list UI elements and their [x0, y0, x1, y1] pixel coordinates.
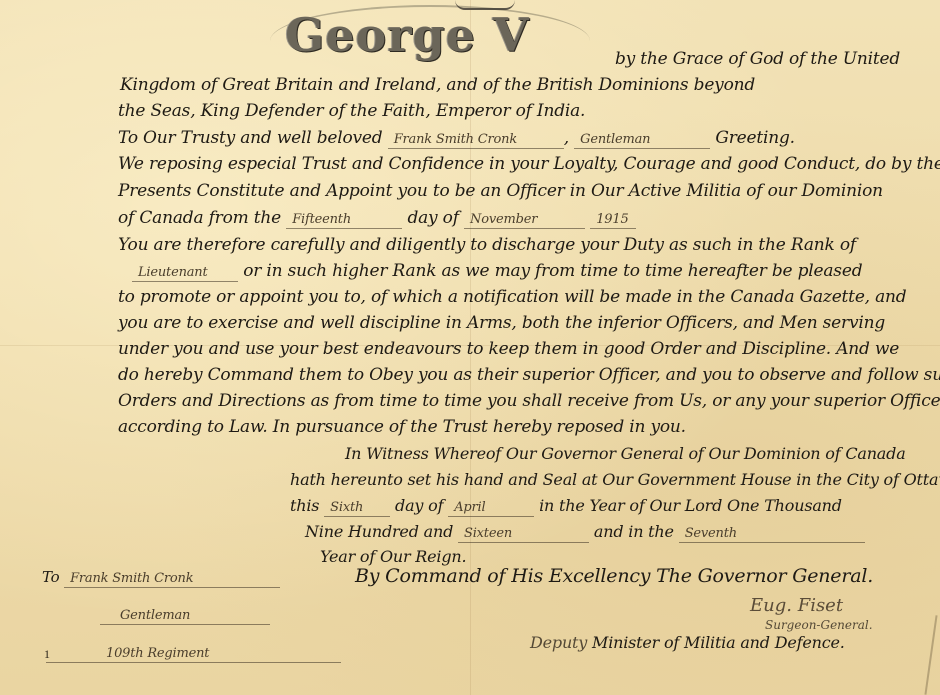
recipient-title: Gentleman — [574, 132, 710, 149]
greeting-prefix: To Our Trusty and well beloved — [118, 128, 382, 148]
addressee-name: Frank Smith Cronk — [64, 571, 280, 588]
greeting-line: To Our Trusty and well beloved Frank Smi… — [118, 127, 795, 149]
rank-value: Lieutenant — [132, 265, 238, 282]
text: day of — [407, 208, 458, 228]
recipient-name: Frank Smith Cronk — [388, 132, 564, 149]
text: this — [290, 496, 319, 515]
body-line: under you and use your best endeavours t… — [118, 338, 899, 360]
header-line: by the Grace of God of the United — [615, 48, 900, 70]
body-line: according to Law. In pursuance of the Tr… — [118, 416, 686, 438]
rank-line: Lieutenant or in such higher Rank as we … — [118, 260, 862, 282]
commission-document: George V by the Grace of God of the Unit… — [0, 0, 940, 695]
reign-year: Seventh — [679, 526, 865, 543]
signatory-role-hand: Deputy — [530, 633, 587, 652]
addressee-regiment-line: 109th Regiment — [46, 641, 341, 663]
witness-line: In Witness Whereof Our Governor General … — [345, 443, 906, 465]
body-line: you are to exercise and well discipline … — [118, 312, 885, 334]
witness-month: April — [448, 500, 534, 517]
signature: Eug. Fiset — [750, 595, 843, 616]
paper-edge-fold — [924, 615, 937, 694]
addressee-title: Gentleman — [100, 608, 270, 625]
text: day of — [395, 496, 443, 515]
appointment-month: November — [464, 212, 585, 229]
text: Nine Hundred and — [305, 522, 453, 541]
appointment-year: 1915 — [590, 212, 636, 229]
body-line: You are therefore carefully and diligent… — [118, 234, 856, 256]
body-line: do hereby Command them to Obey you as th… — [118, 364, 940, 386]
command-line: By Command of His Excellency The Governo… — [355, 565, 873, 587]
text: in the Year of Our Lord One Thousand — [539, 496, 842, 515]
body-line: to promote or appoint you to, of which a… — [118, 286, 906, 308]
addressee-line: To Frank Smith Cronk — [42, 566, 280, 588]
witness-day: Sixth — [324, 500, 390, 517]
body-line: We reposing especial Trust and Confidenc… — [118, 153, 940, 175]
witness-date-line: this Sixth day of April in the Year of O… — [290, 495, 842, 517]
text: and in the — [594, 522, 674, 541]
header-line: the Seas, King Defender of the Faith, Em… — [118, 100, 585, 122]
addressee-title-line: Gentleman — [100, 603, 270, 625]
document-title: George V — [285, 8, 530, 62]
signature-title: Surgeon-General. — [765, 618, 873, 632]
witness-year: Sixteen — [458, 526, 589, 543]
signatory-role-line: Deputy Minister of Militia and Defence. — [530, 632, 845, 654]
text: To — [42, 568, 59, 586]
appointment-date-line: of Canada from the Fifteenth day of Nove… — [118, 207, 636, 229]
appointment-day: Fifteenth — [286, 212, 402, 229]
body-line: Orders and Directions as from time to ti… — [118, 390, 940, 412]
greeting-suffix: Greeting. — [715, 128, 795, 148]
text: or in such higher Rank as we may from ti… — [243, 261, 862, 281]
witness-line: hath hereunto set his hand and Seal at O… — [290, 469, 940, 491]
header-line: Kingdom of Great Britain and Ireland, an… — [120, 74, 755, 96]
addressee-regiment: 109th Regiment — [46, 646, 341, 663]
signatory-role: Minister of Militia and Defence. — [592, 633, 845, 652]
text: of Canada from the — [118, 208, 281, 228]
witness-year-line: Nine Hundred and Sixteen and in the Seve… — [305, 521, 865, 543]
body-line: Presents Constitute and Appoint you to b… — [118, 180, 883, 202]
